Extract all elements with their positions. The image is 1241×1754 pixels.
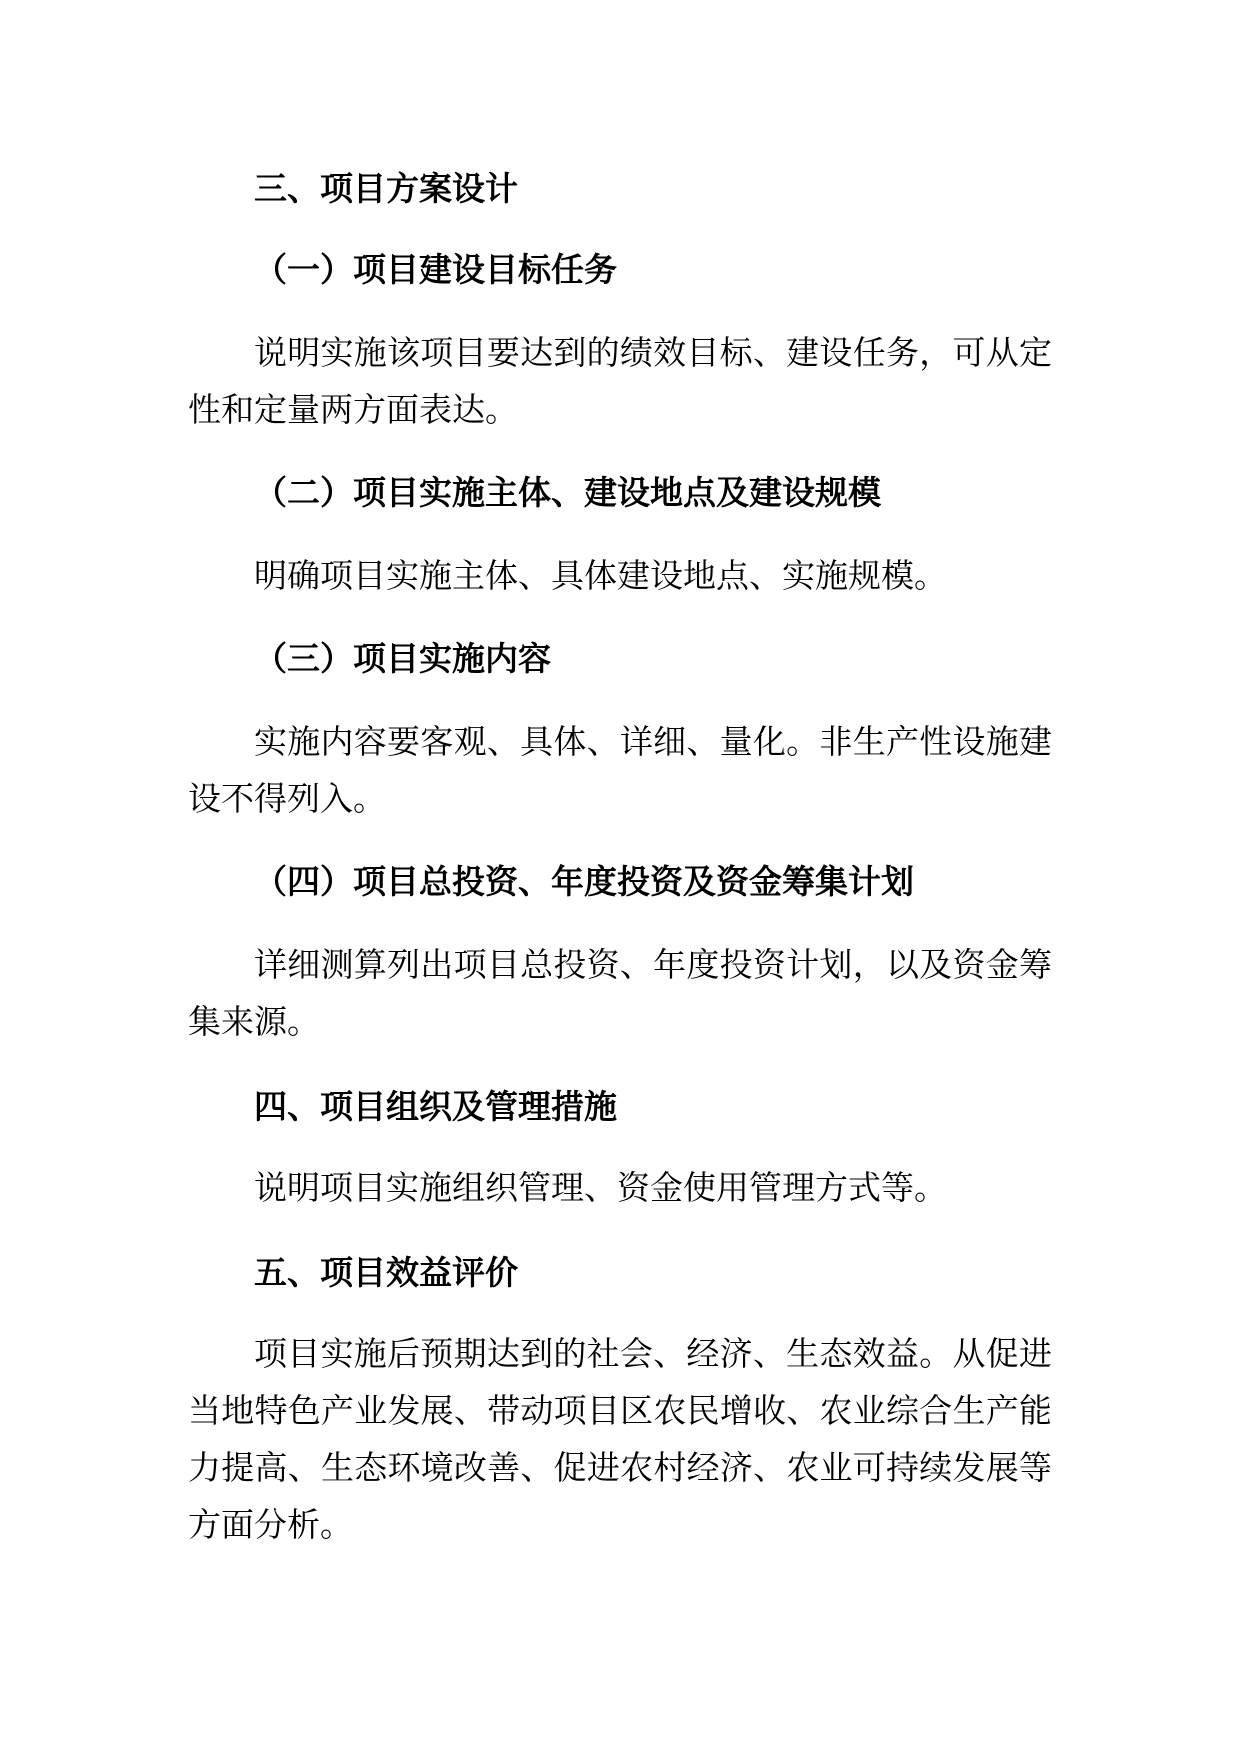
paragraph: 说明实施该项目要达到的绩效目标、建设任务，可从定性和定量两方面表达。	[188, 326, 1052, 440]
paragraph: 实施内容要客观、具体、详细、量化。非生产性设施建设不得列入。	[188, 715, 1052, 829]
paragraph: 详细测算列出项目总投资、年度投资计划，以及资金筹集来源。	[188, 938, 1052, 1052]
heading-2: （二）项目实施主体、建设地点及建设规模	[188, 466, 1052, 523]
heading-2: （三）项目实施内容	[188, 632, 1052, 689]
paragraph: 明确项目实施主体、具体建设地点、实施规模。	[188, 549, 1052, 606]
document-body: 三、项目方案设计（一）项目建设目标任务说明实施该项目要达到的绩效目标、建设任务，…	[188, 160, 1052, 1555]
heading-2: （一）项目建设目标任务	[188, 243, 1052, 300]
heading-1: 三、项目方案设计	[188, 160, 1052, 217]
heading-2: （四）项目总投资、年度投资及资金筹集计划	[188, 855, 1052, 912]
heading-1: 五、项目效益评价	[188, 1244, 1052, 1301]
document-page: 三、项目方案设计（一）项目建设目标任务说明实施该项目要达到的绩效目标、建设任务，…	[0, 0, 1241, 1754]
paragraph: 说明项目实施组织管理、资金使用管理方式等。	[188, 1161, 1052, 1218]
heading-1: 四、项目组织及管理措施	[188, 1078, 1052, 1135]
paragraph: 项目实施后预期达到的社会、经济、生态效益。从促进当地特色产业发展、带动项目区农民…	[188, 1327, 1052, 1555]
